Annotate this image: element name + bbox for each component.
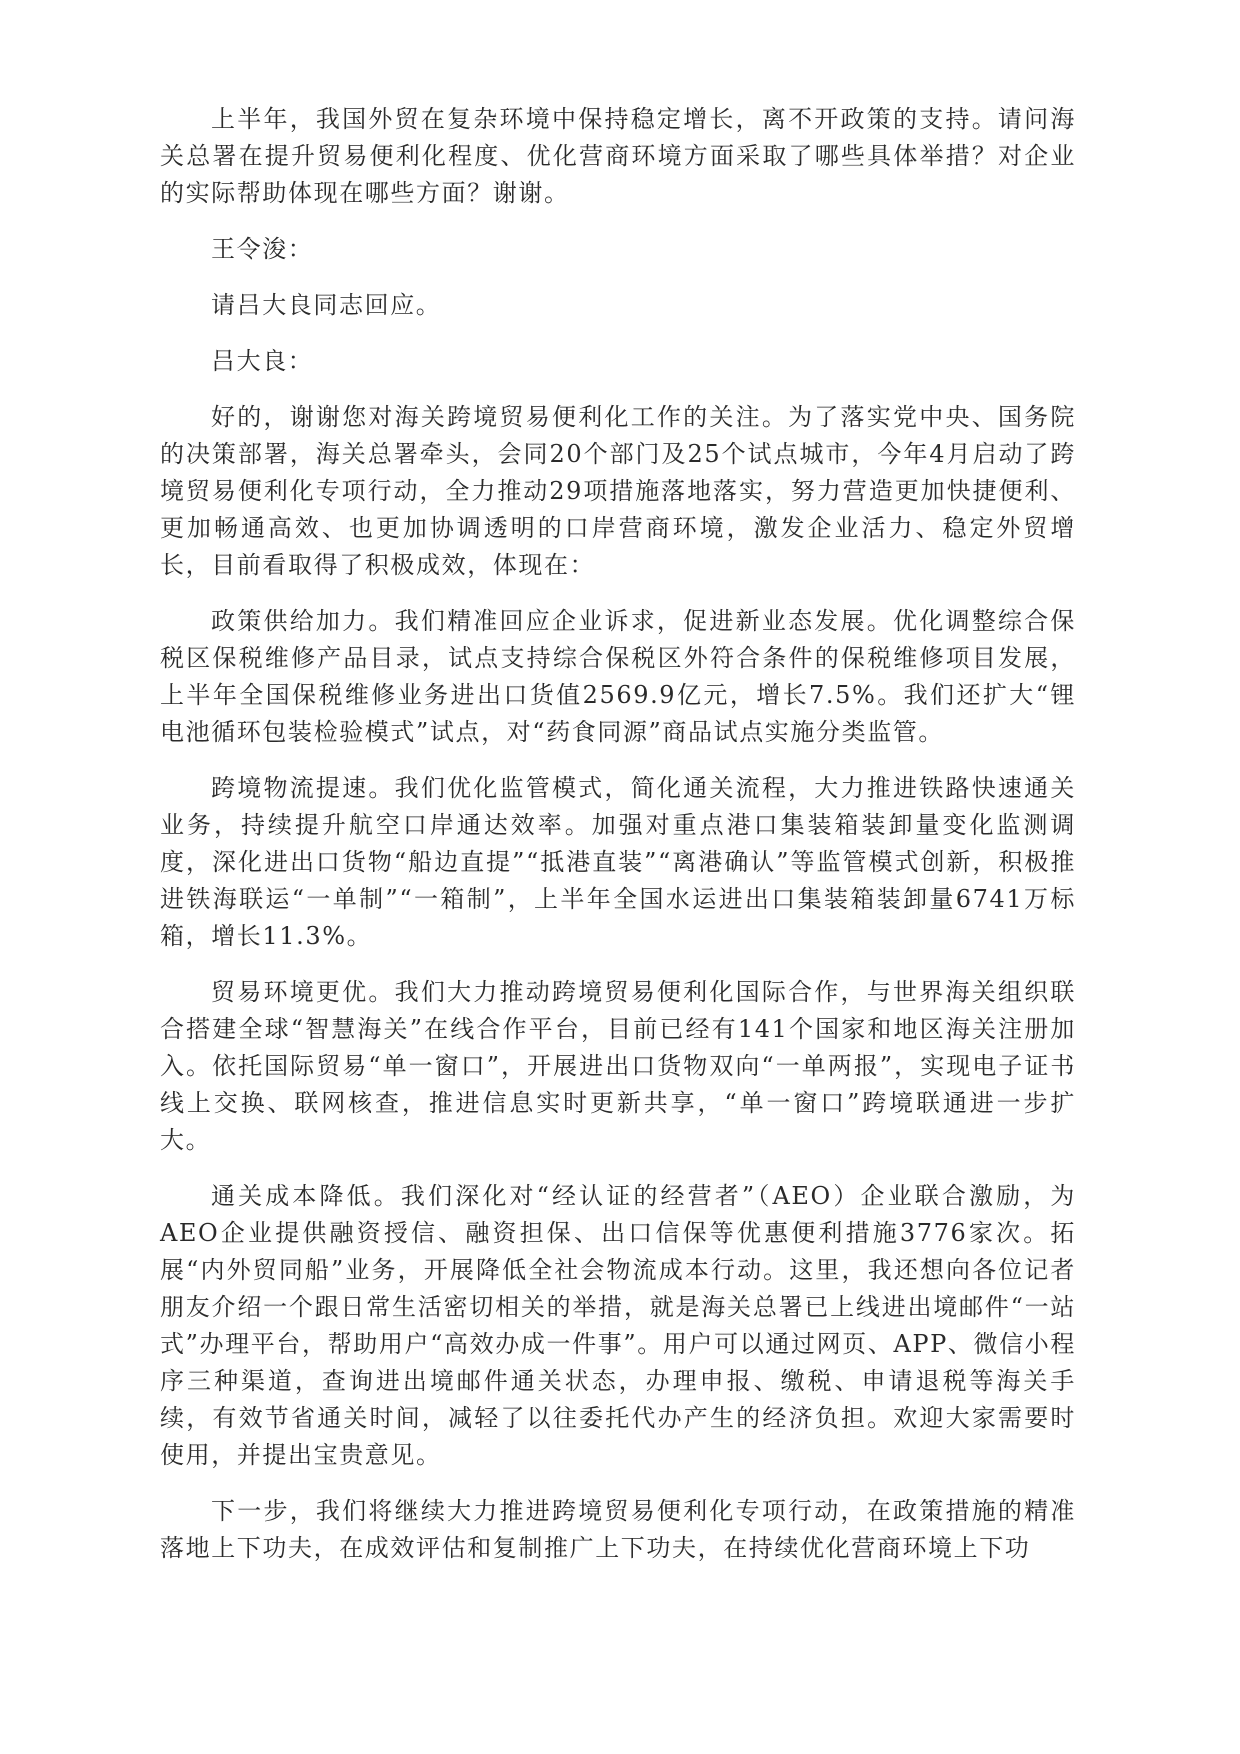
document-page: 上半年，我国外贸在复杂环境中保持稳定增长，离不开政策的支持。请问海关总署在提升贸…	[160, 101, 1076, 1586]
answer-intro-paragraph: 好的，谢谢您对海关跨境贸易便利化工作的关注。为了落实党中央、国务院的决策部署，海…	[160, 399, 1076, 584]
next-steps-paragraph: 下一步，我们将继续大力推进跨境贸易便利化专项行动，在政策措施的精准落地上下功夫，…	[160, 1493, 1076, 1567]
clearance-cost-paragraph: 通关成本降低。我们深化对“经认证的经营者”（AEO）企业联合激励，为AEO企业提…	[160, 1178, 1076, 1474]
handover-statement: 请吕大良同志回应。	[160, 287, 1076, 324]
policy-supply-paragraph: 政策供给加力。我们精准回应企业诉求，促进新业态发展。优化调整综合保税区保税维修产…	[160, 603, 1076, 751]
speaker-label-lv: 吕大良：	[160, 343, 1076, 380]
speaker-label-wang: 王令浚：	[160, 231, 1076, 268]
logistics-paragraph: 跨境物流提速。我们优化监管模式，简化通关流程，大力推进铁路快速通关业务，持续提升…	[160, 770, 1076, 955]
question-paragraph: 上半年，我国外贸在复杂环境中保持稳定增长，离不开政策的支持。请问海关总署在提升贸…	[160, 101, 1076, 212]
trade-environment-paragraph: 贸易环境更优。我们大力推动跨境贸易便利化国际合作，与世界海关组织联合搭建全球“智…	[160, 974, 1076, 1159]
